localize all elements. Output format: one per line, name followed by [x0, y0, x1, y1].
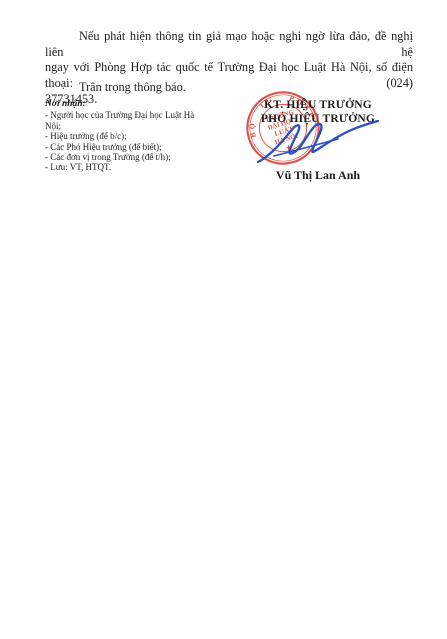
recipients-heading: Nơi nhận:: [45, 99, 209, 109]
paragraph-line: Nếu phát hiện thông tin giả mạo hoặc ngh…: [45, 29, 413, 60]
recipient-item: - Các Phó Hiệu trưởng (để biết);: [45, 142, 209, 152]
recipient-item: - Hiệu trưởng (để b/c);: [45, 131, 209, 141]
recipient-item: - Các đơn vị trong Trường (để t/h);: [45, 152, 209, 162]
recipients-block: Nơi nhận: - Người học của Trường Đại học…: [45, 99, 209, 173]
letter-page: Nếu phát hiện thông tin giả mạo hoặc ngh…: [0, 0, 447, 639]
recipient-item: - Lưu: VT, HTQT.: [45, 162, 209, 172]
recipient-item: - Người học của Trường Đại học Luật Hà N…: [45, 110, 209, 131]
acting-title: KT. HIỆU TRƯỞNG: [237, 99, 399, 113]
closing-line: Trân trọng thông báo.: [79, 80, 186, 96]
notice-paragraph: Nếu phát hiện thông tin giả mạo hoặc ngh…: [45, 29, 413, 108]
signature-scribble: [274, 139, 338, 156]
handwritten-signature: [252, 112, 382, 170]
signer-name: Vũ Thị Lan Anh: [237, 168, 399, 183]
